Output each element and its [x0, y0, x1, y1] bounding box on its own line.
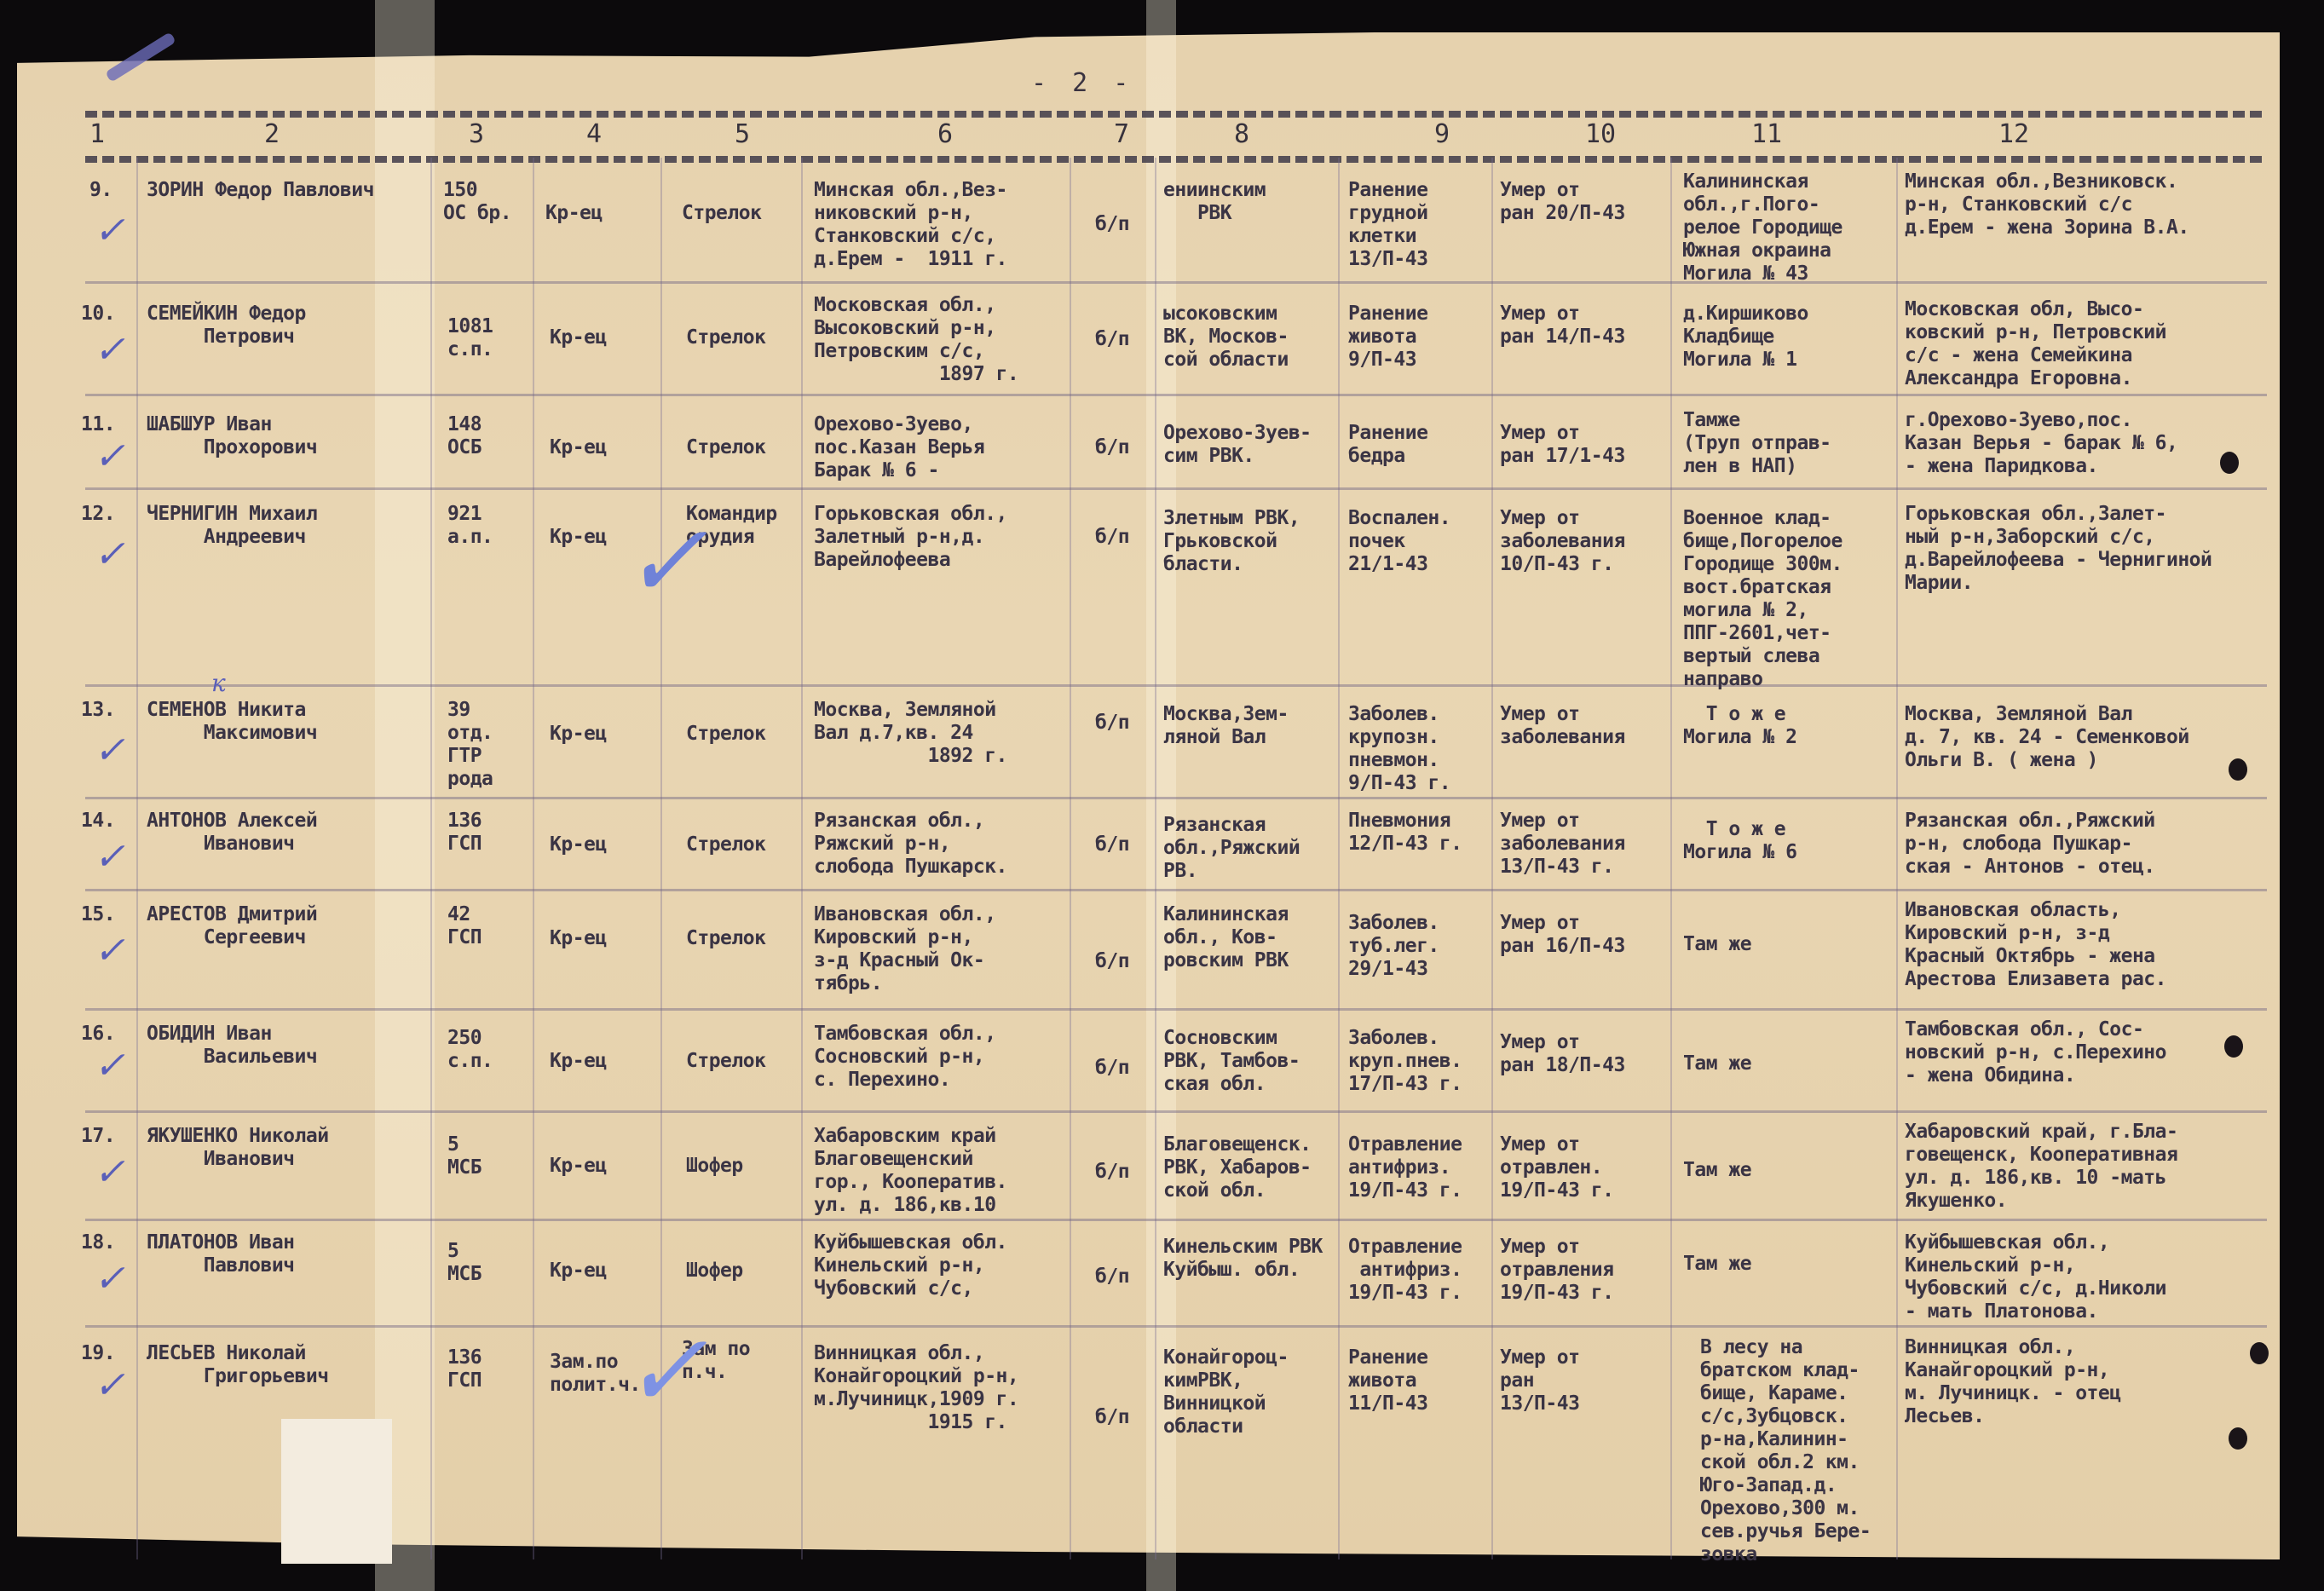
row-divider: [85, 1325, 2267, 1328]
birthplace: Москва, Земляной Вал д.7,кв. 24 1892 г.: [814, 699, 1007, 768]
draft-office: Благовещенск. РВК, Хабаров- ской обл.: [1163, 1133, 1312, 1202]
col-header-9: 9: [1434, 119, 1450, 149]
party: б/п: [1095, 526, 1129, 549]
rank: Кр-ец: [550, 723, 607, 746]
row-divider: [85, 394, 2267, 396]
party: б/п: [1095, 1161, 1129, 1184]
death-info: Умер от ран 14/П-43: [1500, 303, 1625, 349]
unit: 5 МСБ: [447, 1240, 482, 1286]
row-number: 15.: [81, 903, 115, 926]
rank: Кр-ец: [550, 326, 607, 349]
burial-place: Военное клад- бище,Погорелое Городище 30…: [1683, 507, 1842, 691]
burial-place: д.Киршиково Кладбище Могила № 1: [1683, 303, 1808, 372]
rank: Кр-ец: [545, 202, 603, 225]
wound-cause: Воспален. почек 21/1-43: [1348, 507, 1450, 576]
soldier-name: ЗОРИН Федор Павлович: [147, 179, 374, 202]
death-info: Умер от ран 13/П-43: [1500, 1346, 1579, 1415]
draft-office: Сосновским РВК, Тамбов- ская обл.: [1163, 1027, 1300, 1096]
birthplace: Минская обл.,Вез- никовский р-н, Станков…: [814, 179, 1007, 271]
death-info: Умер от ран 20/П-43: [1500, 179, 1625, 225]
checkmark-icon: ✓: [94, 435, 125, 478]
party: б/п: [1095, 833, 1129, 856]
party: б/п: [1095, 1057, 1129, 1080]
position: Стрелок: [686, 833, 765, 856]
row-number: 16.: [81, 1023, 115, 1046]
column-divider: [533, 158, 534, 1559]
row-number: 13.: [81, 699, 115, 722]
burial-place: Там же: [1683, 933, 1751, 956]
handwritten-correction: к: [211, 669, 226, 697]
death-info: Умер от ран 17/1-43: [1500, 422, 1625, 468]
death-info: Умер от отравлен. 19/П-43 г.: [1500, 1133, 1613, 1202]
soldier-name: СЕМЕНОВ Никита Максимович: [147, 699, 317, 745]
column-divider: [1155, 158, 1156, 1559]
wound-cause: Заболев. крупозн. пневмон. 9/П-43 г.: [1348, 703, 1450, 795]
paper-fold: [375, 0, 435, 1591]
checkmark-icon: ✓: [94, 1363, 125, 1407]
row-number: 18.: [81, 1231, 115, 1254]
rank: Кр-ец: [550, 526, 607, 549]
party: б/п: [1095, 1406, 1129, 1429]
birthplace: Орехово-Зуево, пос.Казан Верья Барак № 6…: [814, 413, 984, 482]
unit: 39 отд. ГТР рода: [447, 699, 493, 791]
checkmark-icon: ✓: [94, 835, 125, 879]
punch-hole: [2220, 452, 2239, 474]
row-number: 11.: [81, 413, 115, 436]
position: Стрелок: [686, 1050, 765, 1073]
row-number: 19.: [81, 1342, 115, 1365]
col-header-3: 3: [469, 119, 484, 149]
relatives: Куйбышевская обл., Кинельский р-н, Чубов…: [1905, 1231, 2166, 1323]
punch-hole: [2229, 758, 2247, 781]
col-header-11: 11: [1751, 119, 1782, 149]
birthplace: Горьковская обл., Залетный р-н,д. Варейл…: [814, 503, 1007, 572]
large-checkmark-icon: ✓: [622, 503, 708, 621]
draft-office: Москва,Зем- ляной Вал: [1163, 703, 1289, 749]
header-rule-bottom: [85, 156, 2267, 163]
rank: Кр-ец: [550, 1050, 607, 1073]
position: Стрелок: [686, 723, 765, 746]
punch-hole: [2229, 1427, 2247, 1450]
party: б/п: [1095, 436, 1129, 459]
soldier-name: СЕМЕЙКИН Федор Петрович: [147, 303, 306, 349]
header-rule-top: [85, 111, 2267, 118]
draft-office: Рязанская обл.,Ряжский РВ.: [1163, 814, 1300, 883]
rank: Кр-ец: [550, 833, 607, 856]
burial-place: Там же: [1683, 1253, 1751, 1276]
row-divider: [85, 1219, 2267, 1221]
relatives: г.Орехово-Зуево,пос. Казан Верья - барак…: [1905, 409, 2177, 478]
unit: 42 ГСП: [447, 903, 482, 949]
relatives: Хабаровский край, г.Бла- говещенск, Кооп…: [1905, 1121, 2177, 1213]
position: Стрелок: [682, 202, 761, 225]
death-info: Умер от заболевания: [1500, 703, 1625, 749]
rank: Кр-ец: [550, 1155, 607, 1178]
birthplace: Куйбышевская обл. Кинельский р-н, Чубовс…: [814, 1231, 1007, 1300]
burial-place: Там же: [1683, 1052, 1751, 1075]
rank: Кр-ец: [550, 1260, 607, 1283]
death-info: Умер от ран 18/П-43: [1500, 1031, 1625, 1077]
draft-office: ысоковским ВК, Москов- сой области: [1163, 303, 1289, 372]
col-header-5: 5: [735, 119, 750, 149]
relatives: Винницкая обл., Канайгороцкий р-н, м. Лу…: [1905, 1336, 2121, 1428]
burial-place: В лесу на братском клад- бище, Караме. с…: [1700, 1336, 1871, 1566]
burial-place: Там же: [1683, 1159, 1751, 1182]
death-info: Умер от отравления 19/П-43 г.: [1500, 1236, 1613, 1305]
wound-cause: Ранение бедра: [1348, 422, 1427, 468]
soldier-name: ЯКУШЕНКО Николай Иванович: [147, 1125, 329, 1171]
death-info: Умер от заболевания 13/П-43 г.: [1500, 810, 1625, 879]
position: Стрелок: [686, 436, 765, 459]
rank: Кр-ец: [550, 927, 607, 950]
burial-place: Т о ж е Могила № 2: [1683, 703, 1796, 749]
row-divider: [85, 1110, 2267, 1113]
column-divider: [1338, 158, 1340, 1559]
wound-cause: Пневмония 12/П-43 г.: [1348, 810, 1462, 856]
checkmark-icon: ✓: [94, 209, 125, 252]
row-number: 12.: [81, 503, 115, 526]
wound-cause: Ранение живота 11/П-43: [1348, 1346, 1427, 1415]
unit: 150 ОС бр.: [443, 179, 511, 225]
col-header-10: 10: [1585, 119, 1616, 149]
draft-office: Конайгороц- кимРВК, Винницкой области: [1163, 1346, 1289, 1438]
col-header-6: 6: [937, 119, 953, 149]
checkmark-icon: ✓: [94, 328, 125, 372]
row-divider: [85, 797, 2267, 799]
soldier-name: ШАБШУР Иван Прохорович: [147, 413, 317, 459]
column-divider: [1670, 158, 1672, 1559]
checkmark-icon: ✓: [94, 533, 125, 576]
burial-place: Калининская обл.,г.Пого- релое Городище …: [1683, 170, 1842, 285]
punch-hole: [2250, 1342, 2269, 1364]
col-header-4: 4: [586, 119, 602, 149]
burial-place: Т о ж е Могила № 6: [1683, 818, 1796, 864]
row-divider: [85, 684, 2267, 687]
column-divider: [430, 158, 432, 1559]
relatives: Тамбовская обл., Сос- новский р-н, с.Пер…: [1905, 1018, 2166, 1087]
checkmark-icon: ✓: [94, 929, 125, 972]
row-number: 14.: [81, 810, 115, 833]
row-divider: [85, 487, 2267, 490]
punch-hole: [2224, 1035, 2243, 1058]
birthplace: Винницкая обл., Конайгороцкий р-н, м.Луч…: [814, 1342, 1018, 1434]
col-header-12: 12: [1998, 119, 2029, 149]
relatives: Рязанская обл.,Ряжский р-н, слобода Пушк…: [1905, 810, 2155, 879]
birthplace: Ивановская обл., Кировский р-н, з-д Крас…: [814, 903, 996, 995]
wound-cause: Ранение грудной клетки 13/П-43: [1348, 179, 1427, 271]
row-number: 9.: [89, 179, 112, 202]
large-checkmark-icon: ✓: [622, 1312, 708, 1431]
checkmark-icon: ✓: [94, 729, 125, 772]
row-divider: [85, 281, 2267, 284]
column-divider: [1896, 158, 1898, 1559]
burial-place: Тамже (Труп отправ- лен в НАП): [1683, 409, 1831, 478]
wound-cause: Заболев. туб.лег. 29/1-43: [1348, 912, 1439, 981]
relatives: Минская обл.,Везниковск. р-н, Станковски…: [1905, 170, 2189, 239]
relatives: Горьковская обл.,Залет- ный р-н,Заборски…: [1905, 503, 2212, 595]
death-info: Умер от ран 16/П-43: [1500, 912, 1625, 958]
checkmark-icon: ✓: [94, 1257, 125, 1300]
checkmark-icon: ✓: [94, 1150, 125, 1194]
column-divider: [1491, 158, 1493, 1559]
wound-cause: Ранение живота 9/П-43: [1348, 303, 1427, 372]
col-header-7: 7: [1114, 119, 1129, 149]
soldier-name: АРЕСТОВ Дмитрий Сергеевич: [147, 903, 317, 949]
unit: 136 ГСП: [447, 1346, 482, 1392]
party: б/п: [1095, 328, 1129, 351]
row-number: 10.: [81, 303, 115, 326]
col-header-1: 1: [89, 119, 105, 149]
draft-office: ениинским РВК: [1163, 179, 1266, 225]
soldier-name: ЛЕСЬЕВ Николай Григорьевич: [147, 1342, 329, 1388]
position: Стрелок: [686, 326, 765, 349]
unit: 921 а.п.: [447, 503, 493, 549]
unit: 250 с.п.: [447, 1027, 493, 1073]
soldier-name: ОБИДИН Иван Васильевич: [147, 1023, 317, 1069]
party: б/п: [1095, 712, 1129, 735]
wound-cause: Отравление антифриз. 19/П-43 г.: [1348, 1133, 1462, 1202]
column-divider: [136, 158, 138, 1559]
relatives: Москва, Земляной Вал д. 7, кв. 24 - Семе…: [1905, 703, 2189, 772]
unit: 148 ОСБ: [447, 413, 482, 459]
soldier-name: АНТОНОВ Алексей Иванович: [147, 810, 317, 856]
column-divider: [1070, 158, 1071, 1559]
col-header-2: 2: [264, 119, 280, 149]
soldier-name: ПЛАТОНОВ Иван Павлович: [147, 1231, 295, 1277]
row-divider: [85, 1008, 2267, 1011]
birthplace: Рязанская обл., Ряжский р-н, слобода Пуш…: [814, 810, 1007, 879]
draft-office: Калининская обл., Ков- ровским РВК: [1163, 903, 1289, 972]
relatives: Московская обл, Высо- ковский р-н, Петро…: [1905, 298, 2166, 390]
unit: 136 ГСП: [447, 810, 482, 856]
paper-patch: [281, 1419, 392, 1564]
draft-office: Злетным РВК, Грьковской бласти.: [1163, 507, 1300, 576]
position: Стрелок: [686, 927, 765, 950]
draft-office: Орехово-Зуев- сим РВК.: [1163, 422, 1312, 468]
birthplace: Тамбовская обл., Сосновский р-н, с. Пере…: [814, 1023, 996, 1092]
party: б/п: [1095, 950, 1129, 973]
unit: 5 МСБ: [447, 1133, 482, 1179]
death-info: Умер от заболевания 10/П-43 г.: [1500, 507, 1625, 576]
position: Шофер: [686, 1155, 743, 1178]
wound-cause: Заболев. круп.пнев. 17/П-43 г.: [1348, 1027, 1462, 1096]
party: б/п: [1095, 213, 1129, 236]
wound-cause: Отравление антифриз. 19/П-43 г.: [1348, 1236, 1462, 1305]
soldier-name: ЧЕРНИГИН Михаил Андреевич: [147, 503, 317, 549]
party: б/п: [1095, 1265, 1129, 1288]
checkmark-icon: ✓: [94, 1044, 125, 1087]
position: Шофер: [686, 1260, 743, 1283]
column-divider: [801, 158, 803, 1559]
birthplace: Московская обл., Высоковский р-н, Петров…: [814, 294, 1018, 386]
rank: Кр-ец: [550, 436, 607, 459]
draft-office: Кинельским РВК Куйбыш. обл.: [1163, 1236, 1323, 1282]
page-number: - 2 -: [1031, 68, 1133, 98]
unit: 1081 с.п.: [447, 315, 493, 361]
birthplace: Хабаровским край Благовещенский гор., Ко…: [814, 1125, 1007, 1217]
row-divider: [85, 889, 2267, 891]
col-header-8: 8: [1234, 119, 1249, 149]
relatives: Ивановская область, Кировский р-н, з-д К…: [1905, 899, 2166, 991]
row-number: 17.: [81, 1125, 115, 1148]
